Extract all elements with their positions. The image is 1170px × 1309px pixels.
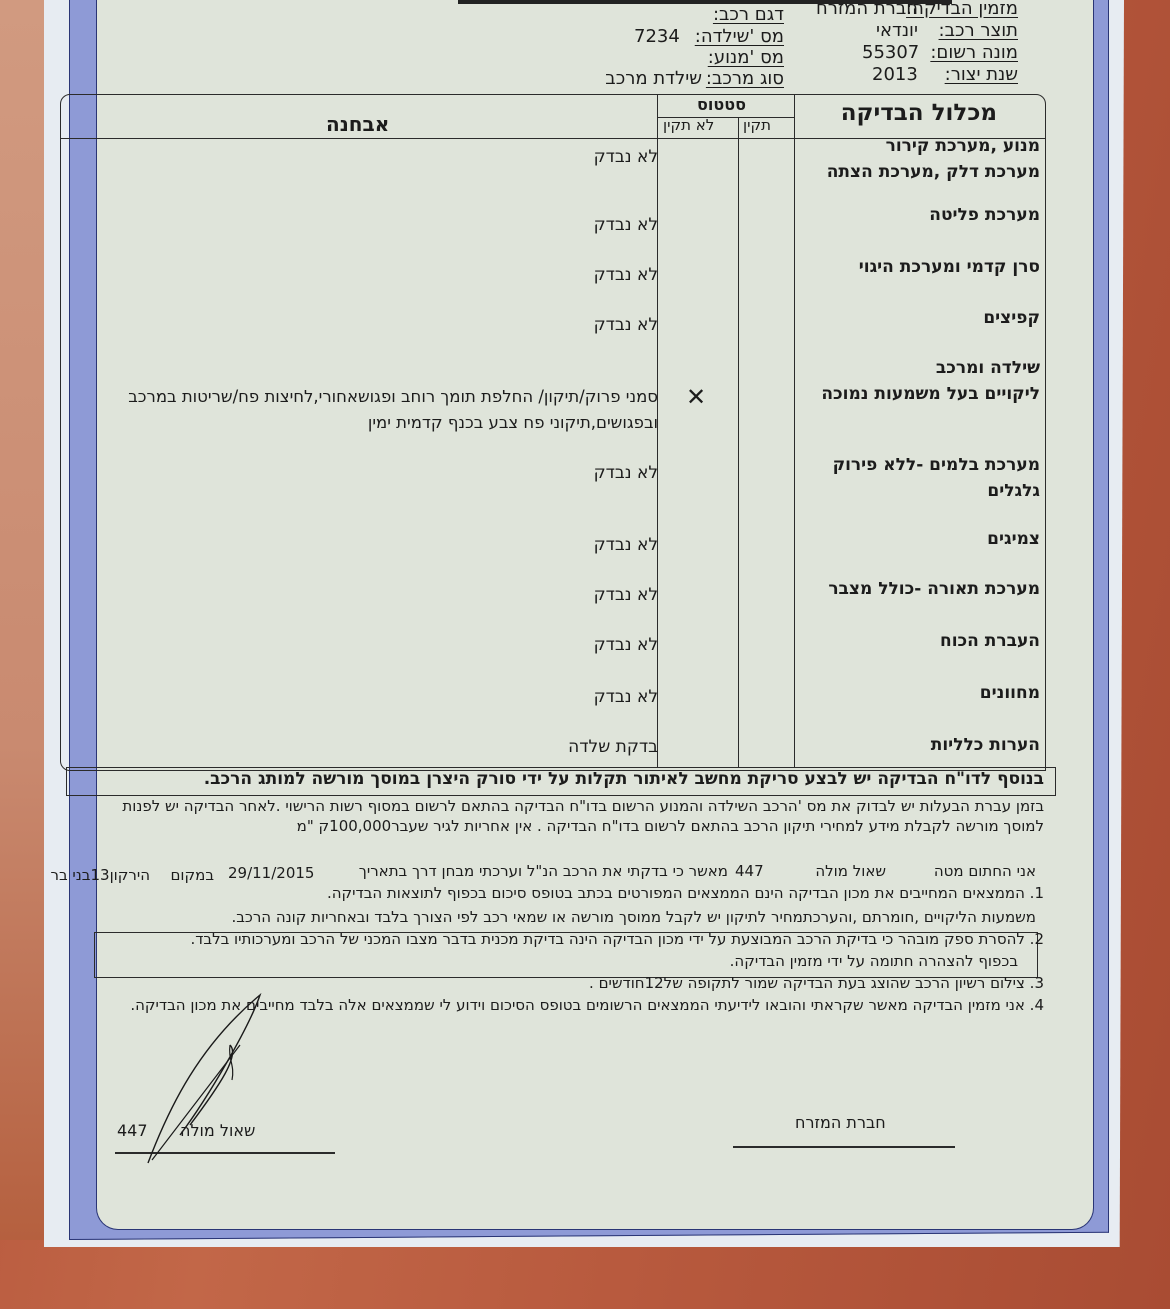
row-diagnosis: לא נבדק	[594, 312, 658, 338]
category-line: גלגלים	[833, 478, 1040, 504]
field-label-make: תוצר רכב:	[939, 20, 1018, 41]
background-surface	[0, 0, 44, 1240]
field-value-year: 2013	[872, 64, 918, 85]
clause-2-continued: בכפוף להצהרה חתומה על ידי מזמין הבדיקה.	[730, 952, 1018, 970]
field-value-body-type: שילדת מרכב	[605, 68, 702, 89]
clause-3: 3. צילום רשיון הרכב שהוצג בעת הבדיקה שמו…	[589, 974, 1044, 992]
row-diagnosis: סמני פרוק/תיקון/ החלפת תומך רוחב ופגושאח…	[128, 384, 658, 436]
category-line: מערכת בלמים -ללא פירוק	[833, 452, 1040, 478]
row-category: מנוע ,מערכת קירור מערכת דלק ,מערכת הצתה	[827, 133, 1040, 185]
customer-signature-name: חברת המזרח	[795, 1113, 886, 1132]
row-diagnosis: לא נבדק	[594, 460, 658, 486]
column-header-status: סטטוס	[697, 95, 746, 114]
row-category: הערות כלליות	[931, 732, 1040, 758]
column-header-scope: מכלול הבדיקה	[841, 100, 997, 126]
field-value-orderer: חברת המזרח	[816, 0, 918, 19]
row-category: צמיגים	[987, 526, 1040, 552]
diagnosis-line: סמני פרוק/תיקון/ החלפת תומך רוחב ופגושאח…	[128, 384, 658, 410]
declaration-inspector-id: 447	[735, 862, 764, 880]
field-label-chassis: מס 'שילדה:	[695, 26, 784, 47]
column-divider-scope	[794, 94, 795, 768]
row-category: מערכת בלמים -ללא פירוק גלגלים	[833, 452, 1040, 504]
clause-1: 1. הממצאים המחייבים את מכון הבדיקה הינם …	[327, 884, 1044, 902]
field-label-engine: מס 'מנוע:	[708, 47, 784, 68]
declaration-date: 29/11/2015	[228, 864, 314, 882]
customer-signature-line	[733, 1146, 955, 1148]
column-header-not-ok: לא תקין	[663, 116, 714, 134]
field-label-odometer: מונה רשום:	[930, 42, 1018, 63]
clause-2: 2. להסרת ספק מובהר כי בדיקת הרכב המבוצעת…	[190, 930, 1044, 948]
field-value-chassis: 7234	[634, 26, 680, 47]
status-not-ok-mark: ✕	[686, 383, 706, 411]
declaration-text: מאשר כי בדקתי את הרכב הנ"ל וערכתי מבחן ד…	[359, 862, 728, 880]
category-line: ליקויים בעל משמעות נמוכה	[821, 381, 1040, 407]
row-diagnosis: לא נבדק	[594, 532, 658, 558]
row-category: מחוונים	[980, 680, 1040, 706]
row-diagnosis: לא נבדק	[594, 144, 658, 170]
category-line: שילדה ומרכב	[821, 355, 1040, 381]
declaration-intro: אני החתום מטה	[934, 862, 1036, 880]
category-line: מנוע ,מערכת קירור	[827, 133, 1040, 159]
row-diagnosis: לא נבדק	[594, 212, 658, 238]
field-label-model: דגם רכב:	[713, 4, 784, 25]
row-diagnosis: לא נבדק	[594, 632, 658, 658]
diagnosis-line: ובפגושים,תיקוני פח צבע בכנף קדמית ימין	[128, 410, 658, 436]
declaration-place: הירקון13בני בר	[51, 866, 150, 884]
field-value-make: יונדאי	[876, 20, 918, 41]
row-diagnosis: לא נבדק	[594, 582, 658, 608]
scan-notice-text: בנוסף לדו"ח הבדיקה יש לבצע סריקת מחשב לא…	[204, 769, 1044, 789]
column-header-ok: תקין	[743, 116, 771, 134]
field-label-orderer: מזמין הבדיקה:	[906, 0, 1018, 19]
row-category: מערכת תאורה -כולל מצבר	[828, 576, 1040, 602]
declaration-inspector-name: שאול מולה	[815, 862, 886, 880]
ownership-paragraph-line-2: למוסך מורשה לקבלת מידע למחירי תיקון הרכב…	[297, 817, 1044, 835]
row-category: שילדה ומרכב ליקויים בעל משמעות נמוכה	[821, 355, 1040, 407]
clause-1-continued: משמעות הליקויים ,חומרתם ,והערכתמחיר לתיק…	[231, 908, 1036, 926]
field-label-year: שנת יצור:	[945, 64, 1018, 85]
row-category: קפיצים	[983, 305, 1040, 331]
row-category: סרן קדמי ומערכת היגוי	[859, 254, 1040, 280]
handwritten-signature-icon	[140, 985, 340, 1165]
declaration-place-label: במקום	[170, 866, 214, 884]
row-category: העברת הכוח	[940, 628, 1040, 654]
column-header-diagnosis: אבחנה	[326, 112, 389, 136]
ownership-paragraph-line-1: בזמן עברת הבעלות יש לבדוק את מס 'הרכב הש…	[122, 797, 1044, 815]
row-category: מערכת פליטה	[929, 202, 1040, 228]
category-line: מערכת דלק ,מערכת הצתה	[827, 159, 1040, 185]
row-diagnosis: בדקת שלדה	[568, 734, 658, 760]
field-label-body-type: סוג מרכב:	[706, 68, 784, 89]
column-divider-ok	[738, 117, 739, 768]
row-diagnosis: לא נבדק	[594, 262, 658, 288]
row-diagnosis: לא נבדק	[594, 684, 658, 710]
field-value-odometer: 55307	[862, 42, 919, 63]
